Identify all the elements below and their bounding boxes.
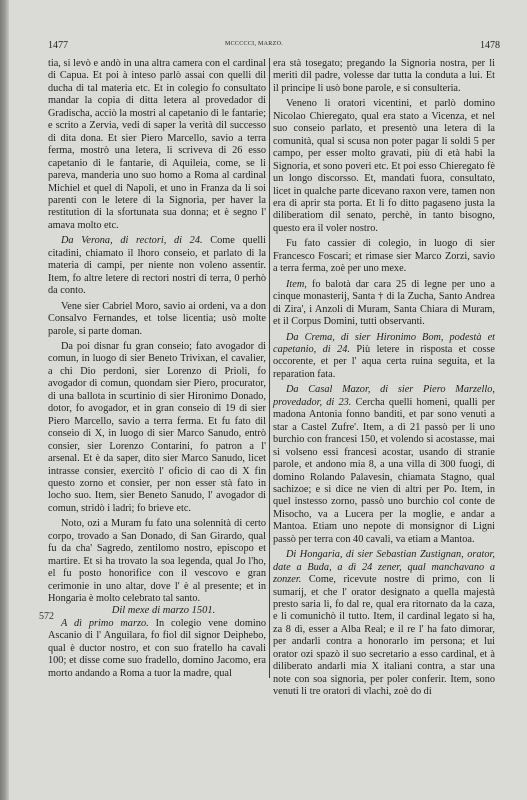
column-divider (269, 58, 270, 678)
italic-lead: Da Verona, di rectori, di 24. (61, 235, 203, 246)
running-title: MCCCCCI, MARZO. (225, 41, 283, 47)
paragraph: Noto, ozi a Muram fu fato una solennità … (48, 518, 266, 605)
left-column: tia, si levò e andò in una altra camera … (48, 58, 266, 680)
paragraph: era stà tosegato; pregando la Signoria n… (273, 58, 495, 95)
paragraph: Fu fato cassier di colegio, in luogo di … (273, 238, 495, 275)
right-column: era stà tosegato; pregando la Signoria n… (273, 58, 495, 699)
italic-lead: A dì primo marzo. (61, 618, 149, 629)
book-page: 1477 MCCCCCI, MARZO. 1478 572 tia, si le… (9, 0, 527, 800)
paragraph: Da Crema, di sier Hironimo Bom, podestà … (273, 332, 495, 382)
left-page-number: 1477 (48, 40, 68, 51)
paragraph: Di Hongaria, di sier Sebastian Zustignan… (273, 549, 495, 698)
paragraph: Da poi disnar fu gran conseio; fato avog… (48, 341, 266, 515)
paragraph: tia, si levò e andò in una altra camera … (48, 58, 266, 232)
book-spine-shadow (0, 0, 9, 800)
paragraph: Da Casal Mazor, di sier Piero Marzello, … (273, 384, 495, 546)
running-head: 1477 MCCCCCI, MARZO. 1478 (9, 40, 527, 54)
paragraph: Item, fo balotà dar cara 25 di legne per… (273, 279, 495, 329)
right-page-number: 1478 (480, 40, 500, 51)
italic-lead: Item, (286, 279, 307, 290)
section-heading: Dil mexe di marzo 1501. (48, 605, 266, 617)
paragraph: Da Verona, di rectori, di 24. Come quell… (48, 235, 266, 297)
paragraph: A dì primo marzo. In colegio vene domino… (48, 618, 266, 680)
paragraph: Veneno li oratori vicentini, et parlò do… (273, 98, 495, 235)
paragraph: Vene sier Cabriel Moro, savio ai ordeni,… (48, 301, 266, 338)
